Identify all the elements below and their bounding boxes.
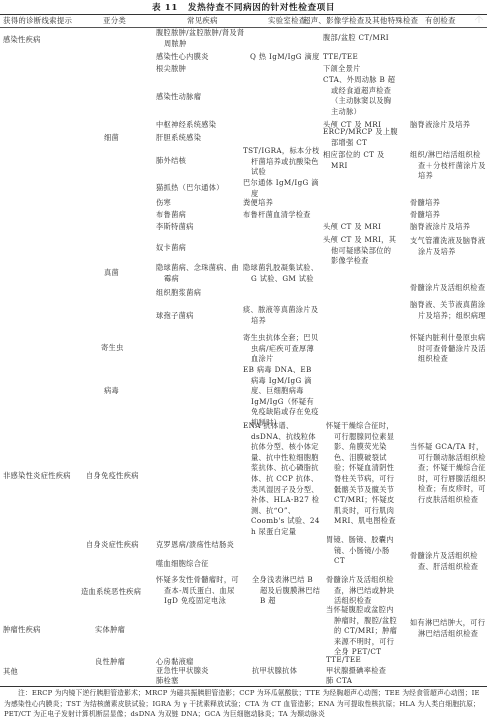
col-header-disease: 常见疾病 (187, 15, 218, 27)
table-cell-disease: 噬血细胞综合征 (156, 559, 246, 570)
table-cell-lab: EB 病毒 DNA、EB 病毒 IgM/IgG 滴度、巨细胞病毒 IgM/IgG… (243, 365, 321, 429)
table-cell-imaging: 头颅 CT 及 MRI (323, 222, 398, 233)
table-cell-lab: ENA 抗体谱、dsDNA、抗线粒体抗体分型、核小体定量、抗中性粒细胞胞浆抗体、… (243, 421, 321, 538)
table-cell-imaging: 腹部/盆腔 CT/MRI (323, 33, 398, 44)
table-cell-invasive: 骨髓涂片及活组织检查 (410, 283, 487, 294)
table-cell-disease: 肺栓塞 (156, 676, 246, 687)
table-cell-invasive: 如有淋巴结肿大，可行淋巴结活组织检查 (410, 618, 487, 639)
table-cell-lab: 布鲁杆菌血清学检查 (243, 210, 321, 221)
table-caption: 发热待查不同病因的针对性检查项目 (188, 3, 335, 13)
subclass-parasites: 寄生虫 (101, 343, 124, 354)
subclass-fungi: 真菌 (104, 268, 119, 279)
table-cell-imaging: 肺 CTA (326, 676, 400, 687)
col-header-subclass: 亚分类 (103, 15, 126, 27)
table-title: 表 11发热待查不同病因的针对性检查项目 (0, 3, 487, 14)
table-cell-imaging: 怀疑干燥综合征时，可行腮腺同位素显影、角膜荧光染色、泪膜破裂试验；怀疑血清阴性脊… (326, 421, 400, 527)
clue-infectious: 感染性疾病 (3, 35, 41, 46)
col-header-clue: 获得的诊断线索提示 (3, 15, 72, 27)
col-header-imaging: 超声、影像学检查及其他特殊检查 (303, 15, 418, 27)
subclass-benign-tumor: 良性肿瘤 (95, 657, 125, 668)
table-cell-disease: 克罗恩病/溃疡性结肠炎 (156, 540, 251, 551)
col-header-lab: 实验室检查 (268, 15, 306, 27)
table-cell-invasive: 骨髓培养 (410, 198, 487, 209)
table-cell-invasive: 脑脊液涂片及培养 (410, 222, 487, 233)
table-cell-lab: TST/IGRA，标本分枝杆菌培养或抗酸染色试验 (243, 146, 321, 178)
table-number: 表 11 (152, 3, 178, 13)
table-cell-invasive: 当怀疑 GCA/TA 时，可行颞动脉活组织检查；怀疑干燥综合征时，可行唇腺活组织… (410, 442, 487, 506)
subclass-solid-tumor: 实体肿瘤 (95, 625, 125, 636)
subclass-hematologic-malignancy: 造血系统恶性疾病 (81, 587, 141, 598)
col-header-invasive: 有创检查 (425, 15, 456, 27)
table-cell-disease: 奴卡菌病 (156, 243, 246, 254)
table-cell-imaging: 甲状腺摄碘率检查 (326, 666, 416, 677)
table-cell-lab: Q 热 IgM/IgG 滴度 (250, 52, 320, 63)
table-cell-disease: 腹腔脓肿/盆腔脓肿/肾及肾周脓肿 (156, 28, 246, 49)
table-cell-disease: 怀疑多发性骨髓瘤时，可查本-周氏蛋白、血尿 IgD 免疫固定电泳 (156, 575, 242, 607)
table-cell-invasive: 支气管灌洗液及脑脊液涂片及培养 (410, 236, 487, 257)
table-cell-imaging: 骨髓涂片及活组织检查，淋巴结或肿块活组织检查 (326, 575, 400, 607)
table-cell-lab: 隐球菌乳胶凝集试验、G 试验、GM 试验 (243, 263, 321, 284)
table-cell-invasive: 组织/淋巴结活组织检查＋分枝杆菌涂片及培养 (410, 150, 487, 182)
table-cell-lab: 痰、脓液等真菌涂片及培养 (243, 305, 321, 326)
table-cell-disease: 肺外结核 (156, 156, 246, 167)
table-cell-invasive: 脑脊液、关节液真菌涂片及培养；组织病理 (410, 300, 487, 321)
table-cell-lab: 粪便培养 (243, 198, 321, 209)
table-cell-imaging: 下颌全景片 (323, 64, 398, 75)
table-cell-imaging: 相应部位的 CT 及 MRI (323, 150, 398, 171)
table-cell-disease: 亚急性甲状腺炎 (156, 666, 246, 677)
table-cell-disease: 感染性动脉瘤 (156, 92, 246, 103)
clue-neoplastic: 肿瘤性疾病 (3, 625, 41, 636)
table-footnote: 注：ERCP 为内镜下逆行胰胆管造影术；MRCP 为磁共振胰胆管造影；CCP 为… (4, 688, 484, 720)
table-cell-disease: 肝胆系统感染 (156, 133, 246, 144)
table-cell-disease: 猫抓热（巴尔通体） (156, 183, 246, 194)
table-cell-imaging: 胃镜、肠镜、胶囊内镜、小肠镜/小肠 CT (326, 535, 400, 567)
table-cell-lab: 抗甲状腺抗体 (252, 666, 322, 677)
table-cell-disease: 隐球菌病、念珠菌病、曲霉病 (156, 263, 244, 284)
table-cell-imaging: CTA、外周动脉 B 超或经食道超声检查（主动脉窦以及胸主动脉） (323, 75, 396, 117)
watermark-icon (474, 14, 484, 24)
table-cell-lab: 巴尔通体 IgM/IgG 滴度 (243, 178, 321, 199)
table-cell-imaging: TTE/TEE (326, 655, 400, 666)
table-cell-invasive: 脑脊液涂片及培养 (410, 120, 487, 131)
subclass-autoinflammatory: 自身炎症性疾病 (86, 540, 139, 551)
table-cell-disease: 李斯特菌病 (156, 222, 246, 233)
table-cell-invasive: 怀疑内脏利什曼原虫病时可查骨髓涂片及活组织检查 (410, 333, 487, 365)
table-cell-disease: 布鲁菌病 (156, 210, 246, 221)
table-cell-lab: 寄生虫抗体全套；巴贝虫病/疟疾可查厚薄血涂片 (243, 333, 321, 365)
table-cell-imaging: 当怀疑腹腔或盆腔内肿瘤时，腹腔/盆腔的 CT/MRI；肿瘤来源不明时，可行全身 … (326, 605, 400, 658)
bottom-rule (0, 686, 487, 687)
table-cell-lab: 全身浅表淋巴结 B 超及后腹膜淋巴结 B 超 (252, 575, 322, 607)
table-cell-disease: 感染性心内膜炎 (156, 52, 246, 63)
table-cell-imaging: 头颅 CT 及 MRI，其他可疑感染部位的影像学检查 (323, 235, 398, 267)
subclass-bacteria: 细菌 (104, 133, 119, 144)
table-cell-disease: 伤寒 (156, 198, 246, 209)
subclass-viruses: 病毒 (104, 386, 119, 397)
clue-noninfectious-inflammatory: 非感染性炎症性疾病 (3, 471, 71, 482)
table-cell-invasive: 骨髓培养 (410, 210, 487, 221)
table-cell-invasive: 骨髓涂片及活组织检查、肝活组织检查 (410, 551, 487, 572)
table-cell-imaging: TTE/TEE (323, 52, 398, 63)
table-cell-disease: 组织胞浆菌病 (156, 288, 246, 299)
table-cell-disease: 中枢神经系统感染 (156, 120, 246, 131)
table-cell-imaging: ERCP/MRCP 及上腹部增强 CT (323, 127, 398, 148)
clue-other: 其他 (3, 667, 18, 678)
subclass-autoimmune: 自身免疫性疾病 (86, 471, 139, 482)
table-cell-disease: 球孢子菌病 (156, 311, 246, 322)
table-cell-disease: 根尖脓肿 (156, 64, 246, 75)
